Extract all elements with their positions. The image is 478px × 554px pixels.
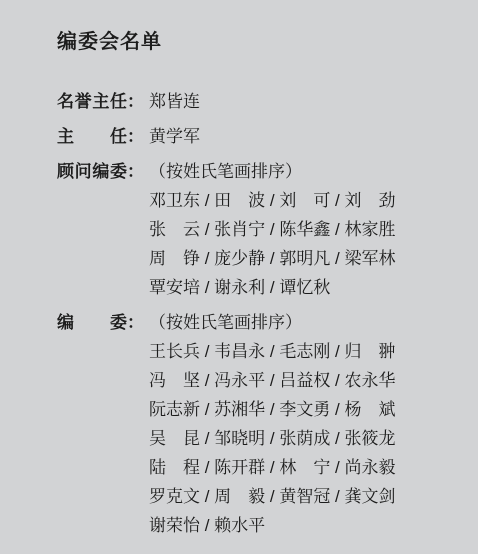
names-line: 谢荣怡 / 赖水平 xyxy=(149,511,396,540)
names-line: 王长兵 / 韦昌永 / 毛志刚 / 归 翀 xyxy=(149,337,396,366)
editorial-board-row: 编委 ： （按姓氏笔画排序） 王长兵 / 韦昌永 / 毛志刚 / 归 翀 冯 坚… xyxy=(57,308,460,540)
label-colon: ： xyxy=(127,122,144,151)
director-row: 主任 ： 黄学军 xyxy=(57,122,460,151)
person-name: 黄学军 xyxy=(149,122,200,151)
page-title: 编委会名单 xyxy=(57,30,460,54)
names-line: 吴 昆 / 邹晓明 / 张荫成 / 张筱龙 xyxy=(149,424,396,453)
label-colon: ： xyxy=(127,157,144,186)
sort-note: （按姓氏笔画排序） xyxy=(149,157,396,186)
person-name: 郑皆连 xyxy=(149,87,200,116)
names-line: 张 云 / 张肖宁 / 陈华鑫 / 林家胜 xyxy=(149,215,396,244)
row-content: 郑皆连 xyxy=(149,87,200,116)
role-label: 主任 xyxy=(57,122,127,151)
label-colon: ： xyxy=(127,87,144,116)
document-page: 编委会名单 名誉主任 ： 郑皆连 主任 ： 黄学军 顾问编委 ： （按姓氏笔画排… xyxy=(0,0,478,554)
role-label: 名誉主任 xyxy=(57,87,127,116)
honorary-director-row: 名誉主任 ： 郑皆连 xyxy=(57,87,460,116)
names-line: 周 铮 / 庞少静 / 郭明凡 / 梁军林 xyxy=(149,244,396,273)
names-line: 罗克文 / 周 毅 / 黄智冠 / 龚文剑 xyxy=(149,482,396,511)
role-label: 编委 xyxy=(57,308,127,337)
names-line: 覃安培 / 谢永利 / 谭忆秋 xyxy=(149,273,396,302)
names-line: 冯 坚 / 冯永平 / 吕益权 / 农永华 xyxy=(149,366,396,395)
advisory-editors-row: 顾问编委 ： （按姓氏笔画排序） 邓卫东 / 田 波 / 刘 可 / 刘 劲 张… xyxy=(57,157,460,302)
names-line: 邓卫东 / 田 波 / 刘 可 / 刘 劲 xyxy=(149,186,396,215)
row-content: 黄学军 xyxy=(149,122,200,151)
row-content: （按姓氏笔画排序） 王长兵 / 韦昌永 / 毛志刚 / 归 翀 冯 坚 / 冯永… xyxy=(149,308,396,540)
names-line: 阮志新 / 苏湘华 / 李文勇 / 杨 斌 xyxy=(149,395,396,424)
row-content: （按姓氏笔画排序） 邓卫东 / 田 波 / 刘 可 / 刘 劲 张 云 / 张肖… xyxy=(149,157,396,302)
sort-note: （按姓氏笔画排序） xyxy=(149,308,396,337)
label-colon: ： xyxy=(127,308,144,337)
role-label: 顾问编委 xyxy=(57,157,127,186)
names-line: 陆 程 / 陈开群 / 林 宁 / 尚永毅 xyxy=(149,453,396,482)
